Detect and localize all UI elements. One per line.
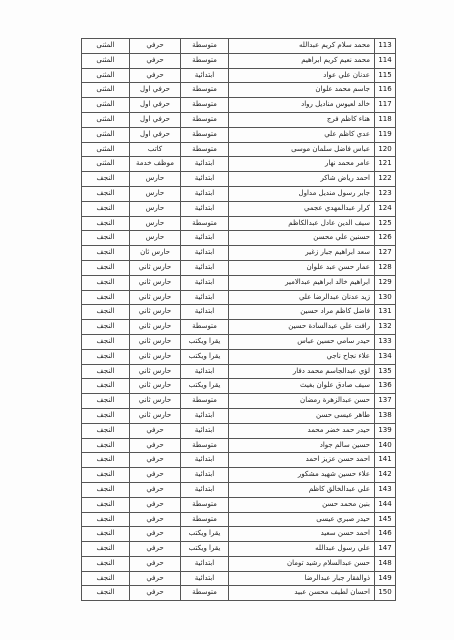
table-row: النجف حرفي ابتدائية علي عبدالخالق كاظم 1… xyxy=(82,482,396,497)
row-number-cell: 117 xyxy=(375,98,396,113)
job-title-cell: حرفي xyxy=(130,482,181,497)
job-title-cell: حرفي اول xyxy=(130,83,181,98)
job-title-cell: حرفي xyxy=(130,53,181,68)
table-row: النجف حارس ثاني يقرا ويكتب سيف صادق علوا… xyxy=(82,379,396,394)
education-cell: متوسطة xyxy=(181,512,229,527)
name-cell: حسين سالم جواد xyxy=(229,438,375,453)
job-title-cell: حارس ثاني xyxy=(130,349,181,364)
education-cell: ابتدائية xyxy=(181,482,229,497)
province-cell: النجف xyxy=(82,527,130,542)
education-cell: ابتدائية xyxy=(181,423,229,438)
job-title-cell: حارس ثاني xyxy=(130,408,181,423)
job-title-cell: حرفي xyxy=(130,556,181,571)
province-cell: النجف xyxy=(82,186,130,201)
job-title-cell: حارس ثاني xyxy=(130,334,181,349)
table-row: المثنى حرفي متوسطة محمد سلام كريم عبدالل… xyxy=(82,39,396,54)
education-cell: ابتدائية xyxy=(181,157,229,172)
job-title-cell: حرفي اول xyxy=(130,98,181,113)
education-cell: ابتدائية xyxy=(181,246,229,261)
name-cell: حيدر سامي حسين عباس xyxy=(229,334,375,349)
table-row: النجف حارس ثان ابتدائية سعد ابراهيم جبار… xyxy=(82,246,396,261)
row-number-cell: 130 xyxy=(375,290,396,305)
name-cell: عامر محمد نهار xyxy=(229,157,375,172)
name-cell: بنين محمد حسن xyxy=(229,497,375,512)
row-number-cell: 122 xyxy=(375,172,396,187)
name-cell: حسن عبدالسلام رشيد تومان xyxy=(229,556,375,571)
education-cell: متوسطة xyxy=(181,98,229,113)
row-number-cell: 140 xyxy=(375,438,396,453)
province-cell: النجف xyxy=(82,290,130,305)
row-number-cell: 128 xyxy=(375,260,396,275)
province-cell: النجف xyxy=(82,482,130,497)
row-number-cell: 136 xyxy=(375,379,396,394)
name-cell: لؤي عبدالجاسم محمد دفار xyxy=(229,364,375,379)
row-number-cell: 139 xyxy=(375,423,396,438)
province-cell: النجف xyxy=(82,201,130,216)
document-page: المثنى حرفي متوسطة محمد سلام كريم عبدالل… xyxy=(0,0,454,640)
province-cell: المثنى xyxy=(82,68,130,83)
job-title-cell: حرفي xyxy=(130,68,181,83)
table-row: المثنى حرفي اول متوسطة هناء كاظم فرج 118 xyxy=(82,112,396,127)
row-number-cell: 145 xyxy=(375,512,396,527)
table-row: النجف حرفي ابتدائية احمد حسن عزيز احمد 1… xyxy=(82,453,396,468)
table-row: النجف حرفي ابتدائية حيدر حمد خضر محمد 13… xyxy=(82,423,396,438)
education-cell: ابتدائية xyxy=(181,571,229,586)
education-cell: متوسطة xyxy=(181,216,229,231)
name-cell: سيف الدين عادل عبدالكاظم xyxy=(229,216,375,231)
province-cell: المثنى xyxy=(82,98,130,113)
name-cell: طاهر عيسى حسن xyxy=(229,408,375,423)
table-row: النجف حارس ثاني ابتدائية طاهر عيسى حسن 1… xyxy=(82,408,396,423)
table-row: النجف حارس ثاني ابتدائية زيد عدنان عبدال… xyxy=(82,290,396,305)
name-cell: فاضل كاظم مراد حسين xyxy=(229,305,375,320)
education-cell: ابتدائية xyxy=(181,186,229,201)
province-cell: المثنى xyxy=(82,142,130,157)
education-cell: ابتدائية xyxy=(181,453,229,468)
employee-roster-table: المثنى حرفي متوسطة محمد سلام كريم عبدالل… xyxy=(81,38,396,601)
education-cell: متوسطة xyxy=(181,586,229,601)
province-cell: المثنى xyxy=(82,157,130,172)
job-title-cell: كاتب xyxy=(130,142,181,157)
row-number-cell: 144 xyxy=(375,497,396,512)
name-cell: ابراهيم خالد ابراهيم عبدالامير xyxy=(229,275,375,290)
province-cell: النجف xyxy=(82,497,130,512)
job-title-cell: حرفي xyxy=(130,423,181,438)
job-title-cell: حارس xyxy=(130,186,181,201)
name-cell: جابر رسول منديل مداول xyxy=(229,186,375,201)
province-cell: النجف xyxy=(82,320,130,335)
table-row: النجف حرفي متوسطة بنين محمد حسن 144 xyxy=(82,497,396,512)
education-cell: متوسطة xyxy=(181,112,229,127)
education-cell: ابتدائية xyxy=(181,556,229,571)
name-cell: ذوالفقار جبار عبدالرضا xyxy=(229,571,375,586)
name-cell: حسنين علي محسن xyxy=(229,231,375,246)
province-cell: النجف xyxy=(82,586,130,601)
education-cell: متوسطة xyxy=(181,83,229,98)
name-cell: سعد ابراهيم جبار زغير xyxy=(229,246,375,261)
row-number-cell: 124 xyxy=(375,201,396,216)
province-cell: النجف xyxy=(82,364,130,379)
table-row: النجف حرفي ابتدائية علاء حسين شهيد مشكور… xyxy=(82,468,396,483)
table-row: النجف حارس ثاني يقرا ويكتب علاء نجاح ناج… xyxy=(82,349,396,364)
education-cell: متوسطة xyxy=(181,394,229,409)
province-cell: المثنى xyxy=(82,127,130,142)
table-row: النجف حرفي ابتدائية حسن عبدالسلام رشيد ت… xyxy=(82,556,396,571)
education-cell: ابتدائية xyxy=(181,172,229,187)
table-row: النجف حرفي متوسطة حسين سالم جواد 140 xyxy=(82,438,396,453)
table-row: النجف حرفي متوسطة احسان لطيف محسن عبيد 1… xyxy=(82,586,396,601)
education-cell: يقرا ويكتب xyxy=(181,334,229,349)
row-number-cell: 149 xyxy=(375,571,396,586)
row-number-cell: 133 xyxy=(375,334,396,349)
job-title-cell: حارس xyxy=(130,201,181,216)
province-cell: النجف xyxy=(82,542,130,557)
row-number-cell: 123 xyxy=(375,186,396,201)
education-cell: يقرا ويكتب xyxy=(181,379,229,394)
province-cell: النجف xyxy=(82,216,130,231)
job-title-cell: حرفي xyxy=(130,571,181,586)
row-number-cell: 127 xyxy=(375,246,396,261)
job-title-cell: حرفي xyxy=(130,497,181,512)
job-title-cell: حارس ثاني xyxy=(130,290,181,305)
name-cell: حيدر صبري عيسى xyxy=(229,512,375,527)
province-cell: النجف xyxy=(82,305,130,320)
education-cell: متوسطة xyxy=(181,142,229,157)
row-number-cell: 143 xyxy=(375,482,396,497)
table-row: النجف حارس ثاني متوسطة حسن عبدالزهرة رمض… xyxy=(82,394,396,409)
row-number-cell: 131 xyxy=(375,305,396,320)
education-cell: متوسطة xyxy=(181,497,229,512)
row-number-cell: 134 xyxy=(375,349,396,364)
job-title-cell: حارس xyxy=(130,231,181,246)
table-row: المثنى موظف خدمة ابتدائية عامر محمد نهار… xyxy=(82,157,396,172)
table-row: النجف حرفي متوسطة حيدر صبري عيسى 145 xyxy=(82,512,396,527)
table-row: النجف حرفي يقرا ويكتب احمد حسن سعيد 146 xyxy=(82,527,396,542)
education-cell: ابتدائية xyxy=(181,290,229,305)
education-cell: ابتدائية xyxy=(181,68,229,83)
job-title-cell: حرفي xyxy=(130,542,181,557)
name-cell: عمار حسن عبد علوان xyxy=(229,260,375,275)
education-cell: يقرا ويكتب xyxy=(181,349,229,364)
table-row: المثنى حرفي ابتدائية عدنان علي عواد 115 xyxy=(82,68,396,83)
education-cell: ابتدائية xyxy=(181,201,229,216)
name-cell: محمد نعيم كريم ابراهيم xyxy=(229,53,375,68)
row-number-cell: 147 xyxy=(375,542,396,557)
province-cell: النجف xyxy=(82,260,130,275)
education-cell: متوسطة xyxy=(181,127,229,142)
name-cell: محمد سلام كريم عبدالله xyxy=(229,39,375,54)
table-row: النجف حارس ابتدائية كرار عبدالمهدي عجمي … xyxy=(82,201,396,216)
province-cell: المثنى xyxy=(82,112,130,127)
job-title-cell: حرفي xyxy=(130,468,181,483)
row-number-cell: 119 xyxy=(375,127,396,142)
name-cell: حسن عبدالزهرة رمضان xyxy=(229,394,375,409)
education-cell: ابتدائية xyxy=(181,468,229,483)
row-number-cell: 142 xyxy=(375,468,396,483)
row-number-cell: 113 xyxy=(375,39,396,54)
row-number-cell: 115 xyxy=(375,68,396,83)
education-cell: متوسطة xyxy=(181,53,229,68)
province-cell: النجف xyxy=(82,423,130,438)
row-number-cell: 148 xyxy=(375,556,396,571)
province-cell: النجف xyxy=(82,408,130,423)
name-cell: هناء كاظم فرج xyxy=(229,112,375,127)
table-row: النجف حرفي يقرا ويكتب علي رسول عبدالله 1… xyxy=(82,542,396,557)
education-cell: ابتدائية xyxy=(181,260,229,275)
row-number-cell: 126 xyxy=(375,231,396,246)
table-row: النجف حارس ثاني متوسطة رافت علي عبدالساد… xyxy=(82,320,396,335)
name-cell: سيف صادق علوان بغيث xyxy=(229,379,375,394)
province-cell: النجف xyxy=(82,394,130,409)
name-cell: علاء حسين شهيد مشكور xyxy=(229,468,375,483)
province-cell: النجف xyxy=(82,379,130,394)
table-row: المثنى حرفي متوسطة محمد نعيم كريم ابراهي… xyxy=(82,53,396,68)
job-title-cell: حرفي اول xyxy=(130,127,181,142)
province-cell: النجف xyxy=(82,438,130,453)
education-cell: يقرا ويكتب xyxy=(181,527,229,542)
name-cell: عباس فاضل سلمان موسى xyxy=(229,142,375,157)
education-cell: متوسطة xyxy=(181,438,229,453)
table-row: المثنى حرفي اول متوسطة خالد لعيوس مناديل… xyxy=(82,98,396,113)
province-cell: النجف xyxy=(82,571,130,586)
table-row: النجف حارس ثاني ابتدائية فاضل كاظم مراد … xyxy=(82,305,396,320)
province-cell: النجف xyxy=(82,231,130,246)
job-title-cell: حارس xyxy=(130,172,181,187)
province-cell: المثنى xyxy=(82,83,130,98)
row-number-cell: 121 xyxy=(375,157,396,172)
table-row: النجف حارس ثاني ابتدائية عمار حسن عبد عل… xyxy=(82,260,396,275)
name-cell: عدنان علي عواد xyxy=(229,68,375,83)
education-cell: يقرا ويكتب xyxy=(181,542,229,557)
job-title-cell: حارس ثاني xyxy=(130,275,181,290)
education-cell: ابتدائية xyxy=(181,275,229,290)
name-cell: علي رسول عبدالله xyxy=(229,542,375,557)
table-row: النجف حارس ثاني يقرا ويكتب حيدر سامي حسي… xyxy=(82,334,396,349)
job-title-cell: حارس xyxy=(130,216,181,231)
table-row: المثنى حرفي اول متوسطة جاسم محمد علوان 1… xyxy=(82,83,396,98)
province-cell: النجف xyxy=(82,172,130,187)
education-cell: ابتدائية xyxy=(181,231,229,246)
name-cell: علي عبدالخالق كاظم xyxy=(229,482,375,497)
province-cell: النجف xyxy=(82,275,130,290)
name-cell: حيدر حمد خضر محمد xyxy=(229,423,375,438)
job-title-cell: حارس ثاني xyxy=(130,320,181,335)
education-cell: متوسطة xyxy=(181,320,229,335)
province-cell: النجف xyxy=(82,349,130,364)
job-title-cell: حرفي اول xyxy=(130,112,181,127)
job-title-cell: حرفي xyxy=(130,438,181,453)
row-number-cell: 137 xyxy=(375,394,396,409)
education-cell: ابتدائية xyxy=(181,305,229,320)
province-cell: النجف xyxy=(82,334,130,349)
table-row: النجف حارس ابتدائية حسنين علي محسن 126 xyxy=(82,231,396,246)
row-number-cell: 120 xyxy=(375,142,396,157)
table-row: النجف حارس ثاني ابتدائية ابراهيم خالد اب… xyxy=(82,275,396,290)
name-cell: علاء نجاح ناجي xyxy=(229,349,375,364)
row-number-cell: 132 xyxy=(375,320,396,335)
table-row: المثنى حرفي اول متوسطة عدي كاظم علي 119 xyxy=(82,127,396,142)
table-row: النجف حارس ثاني ابتدائية لؤي عبدالجاسم م… xyxy=(82,364,396,379)
job-title-cell: حارس ثاني xyxy=(130,394,181,409)
table-row: النجف حارس متوسطة سيف الدين عادل عبدالكا… xyxy=(82,216,396,231)
name-cell: عدي كاظم علي xyxy=(229,127,375,142)
job-title-cell: حرفي xyxy=(130,527,181,542)
name-cell: رافت علي عبدالسادة حسين xyxy=(229,320,375,335)
job-title-cell: حارس ثاني xyxy=(130,260,181,275)
name-cell: احمد حسن عزيز احمد xyxy=(229,453,375,468)
row-number-cell: 114 xyxy=(375,53,396,68)
job-title-cell: حارس ثاني xyxy=(130,364,181,379)
name-cell: زيد عدنان عبدالرضا علي xyxy=(229,290,375,305)
job-title-cell: حرفي xyxy=(130,39,181,54)
education-cell: ابتدائية xyxy=(181,364,229,379)
job-title-cell: حارس ثان xyxy=(130,246,181,261)
name-cell: كرار عبدالمهدي عجمي xyxy=(229,201,375,216)
education-cell: ابتدائية xyxy=(181,408,229,423)
province-cell: المثنى xyxy=(82,53,130,68)
row-number-cell: 138 xyxy=(375,408,396,423)
job-title-cell: موظف خدمة xyxy=(130,157,181,172)
row-number-cell: 118 xyxy=(375,112,396,127)
table-row: النجف حارس ابتدائية جابر رسول منديل مداو… xyxy=(82,186,396,201)
job-title-cell: حرفي xyxy=(130,453,181,468)
row-number-cell: 150 xyxy=(375,586,396,601)
name-cell: خالد لعيوس مناديل رواد xyxy=(229,98,375,113)
job-title-cell: حارس ثاني xyxy=(130,305,181,320)
name-cell: احمد رياض شاكر xyxy=(229,172,375,187)
row-number-cell: 116 xyxy=(375,83,396,98)
row-number-cell: 135 xyxy=(375,364,396,379)
province-cell: النجف xyxy=(82,453,130,468)
table-row: النجف حارس ابتدائية احمد رياض شاكر 122 xyxy=(82,172,396,187)
table-row: المثنى كاتب متوسطة عباس فاضل سلمان موسى … xyxy=(82,142,396,157)
education-cell: متوسطة xyxy=(181,39,229,54)
name-cell: احمد حسن سعيد xyxy=(229,527,375,542)
row-number-cell: 141 xyxy=(375,453,396,468)
job-title-cell: حرفي xyxy=(130,586,181,601)
row-number-cell: 146 xyxy=(375,527,396,542)
province-cell: النجف xyxy=(82,556,130,571)
row-number-cell: 125 xyxy=(375,216,396,231)
table-row: النجف حرفي ابتدائية ذوالفقار جبار عبدالر… xyxy=(82,571,396,586)
province-cell: النجف xyxy=(82,468,130,483)
row-number-cell: 129 xyxy=(375,275,396,290)
name-cell: جاسم محمد علوان xyxy=(229,83,375,98)
job-title-cell: حارس ثاني xyxy=(130,379,181,394)
job-title-cell: حرفي xyxy=(130,512,181,527)
name-cell: احسان لطيف محسن عبيد xyxy=(229,586,375,601)
province-cell: المثنى xyxy=(82,39,130,54)
province-cell: النجف xyxy=(82,246,130,261)
province-cell: النجف xyxy=(82,512,130,527)
